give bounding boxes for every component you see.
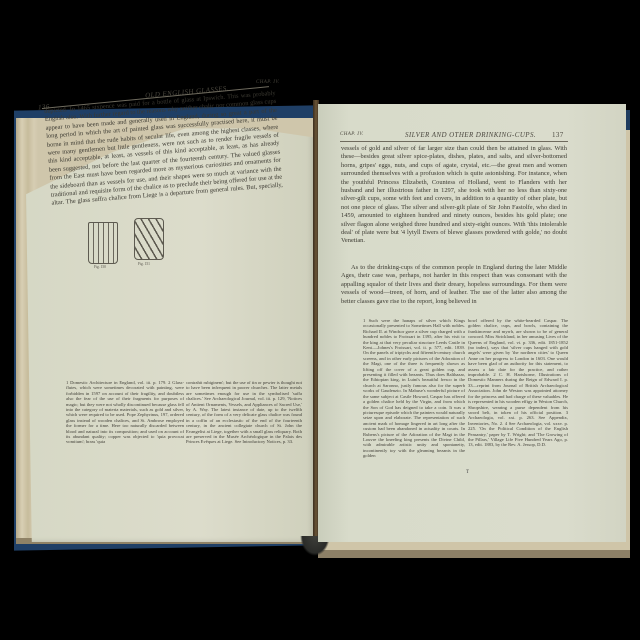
right-header-rule xyxy=(340,141,568,142)
left-footnotes-col2: contrahit rubiginem'; but the use of tin… xyxy=(186,380,302,480)
right-chapter-marker: CHAP. IV. xyxy=(340,132,364,137)
right-body-text-2: As to the drinking-cups of the common pe… xyxy=(341,264,567,308)
figure-caption-1: Fig. 150 xyxy=(94,265,106,269)
left-body-text-top: depicted. In 1465 sixpence was paid for … xyxy=(44,90,283,208)
figure-caption-2: Fig. 151 xyxy=(138,262,150,266)
right-page-number: 137 xyxy=(552,131,564,139)
left-footnotes-col1: 1 Domestic Architecture in England, vol.… xyxy=(66,380,184,480)
figure-glass-fluted xyxy=(88,222,118,264)
right-running-head: SILVER AND OTHER DRINKING-CUPS. xyxy=(405,131,536,139)
right-body-text-1: vessels of gold and silver of far larger… xyxy=(341,145,567,263)
right-footnotes-col1: 1 Such were the hanaps of silver which K… xyxy=(363,318,465,470)
figure-glass-spiral xyxy=(134,218,164,260)
signature-mark: T xyxy=(466,470,469,475)
left-chapter-marker: CHAP. IV. xyxy=(256,80,280,85)
right-footnotes-col2: bowl offered by the white-bearded Caspar… xyxy=(468,318,568,470)
book-photo: 136 OLD ENGLISH GLASSES. CHAP. IV. depic… xyxy=(0,0,640,640)
